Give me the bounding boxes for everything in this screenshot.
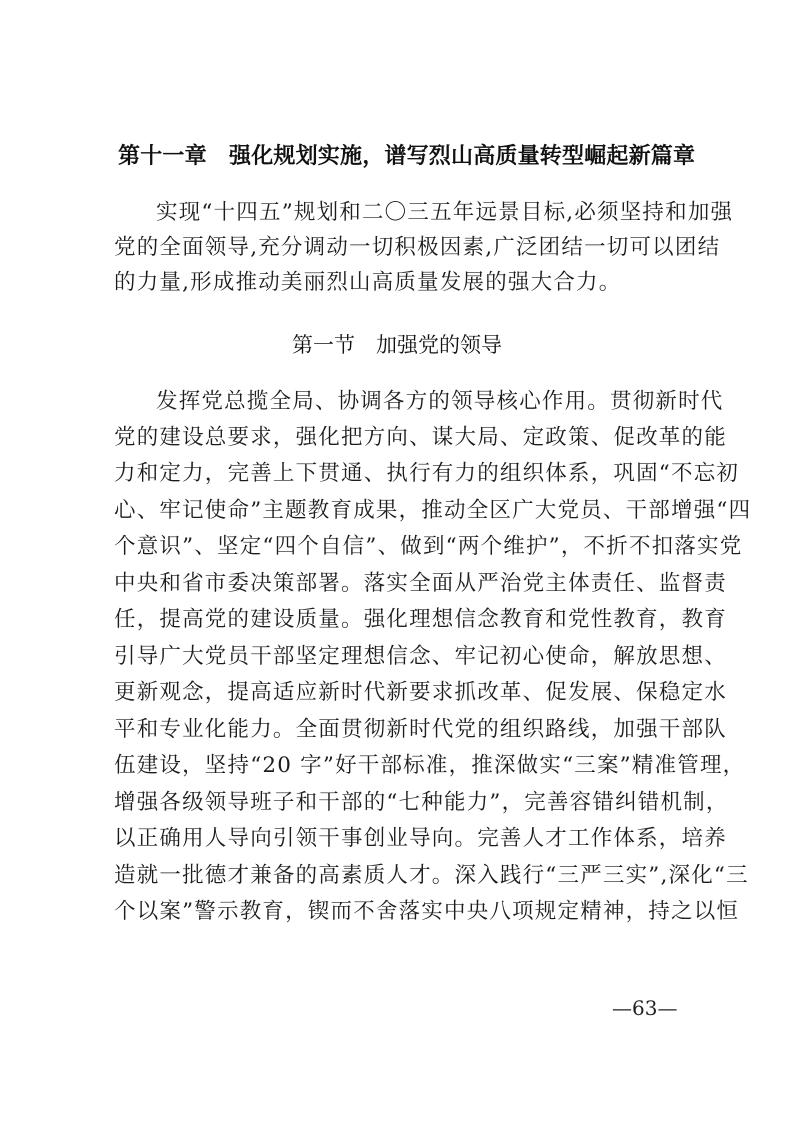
body-line-14: 造就一批德才兼备的高素质人才。深入践行“三严三实”,深化“三: [114, 861, 684, 891]
body-line-15: 个以案”警示教育，锲而不舍落实中央八项规定精神，持之以恒: [114, 897, 684, 927]
page-number: —63—: [612, 994, 677, 1022]
body-line-12: 增强各级领导班子和干部的“七种能力”，完善容错纠错机制，: [114, 788, 684, 818]
body-line-6: 中央和省市委决策部署。落实全面从严治党主体责任、监督责: [114, 569, 684, 599]
body-line-9: 更新观念，提高适应新时代新要求抓改革、促发展、保稳定水: [114, 678, 684, 708]
intro-line-2: 党的全面领导,充分调动一切积极因素,广泛团结一切可以团结: [114, 233, 684, 263]
body-line-7: 任，提高党的建设质量。强化理想信念教育和党性教育，教育: [114, 605, 684, 635]
body-line-1: 发挥党总揽全局、协调各方的领导核心作用。贯彻新时代: [156, 387, 684, 417]
intro-line-3: 的力量,形成推动美丽烈山高质量发展的强大合力。: [114, 268, 684, 298]
body-line-2: 党的建设总要求，强化把方向、谋大局、定政策、促改革的能: [114, 423, 684, 453]
section-title: 第一节 加强党的领导: [0, 330, 794, 360]
intro-line-1: 实现“十四五”规划和二〇三五年远景目标,必须坚持和加强: [156, 198, 684, 228]
chapter-title: 第十一章 强化规划实施，谱写烈山高质量转型崛起新篇章: [118, 142, 688, 172]
body-line-4: 心、牢记使命”主题教育成果，推动全区广大党员、干部增强“四: [114, 496, 684, 526]
document-page: 第十一章 强化规划实施，谱写烈山高质量转型崛起新篇章 实现“十四五”规划和二〇三…: [0, 0, 794, 1122]
body-line-3: 力和定力，完善上下贯通、执行有力的组织体系，巩固“不忘初: [114, 459, 684, 489]
body-line-8: 引导广大党员干部坚定理想信念、牢记初心使命，解放思想、: [114, 642, 684, 672]
body-line-11: 伍建设，坚持“20 字”好干部标准，推深做实“三案”精准管理，: [114, 751, 684, 781]
body-line-13: 以正确用人导向引领干事创业导向。完善人才工作体系，培养: [114, 824, 684, 854]
body-line-5: 个意识”、坚定“四个自信”、做到“两个维护”，不折不扣落实党: [114, 532, 684, 562]
body-line-10: 平和专业化能力。全面贯彻新时代党的组织路线，加强干部队: [114, 715, 684, 745]
